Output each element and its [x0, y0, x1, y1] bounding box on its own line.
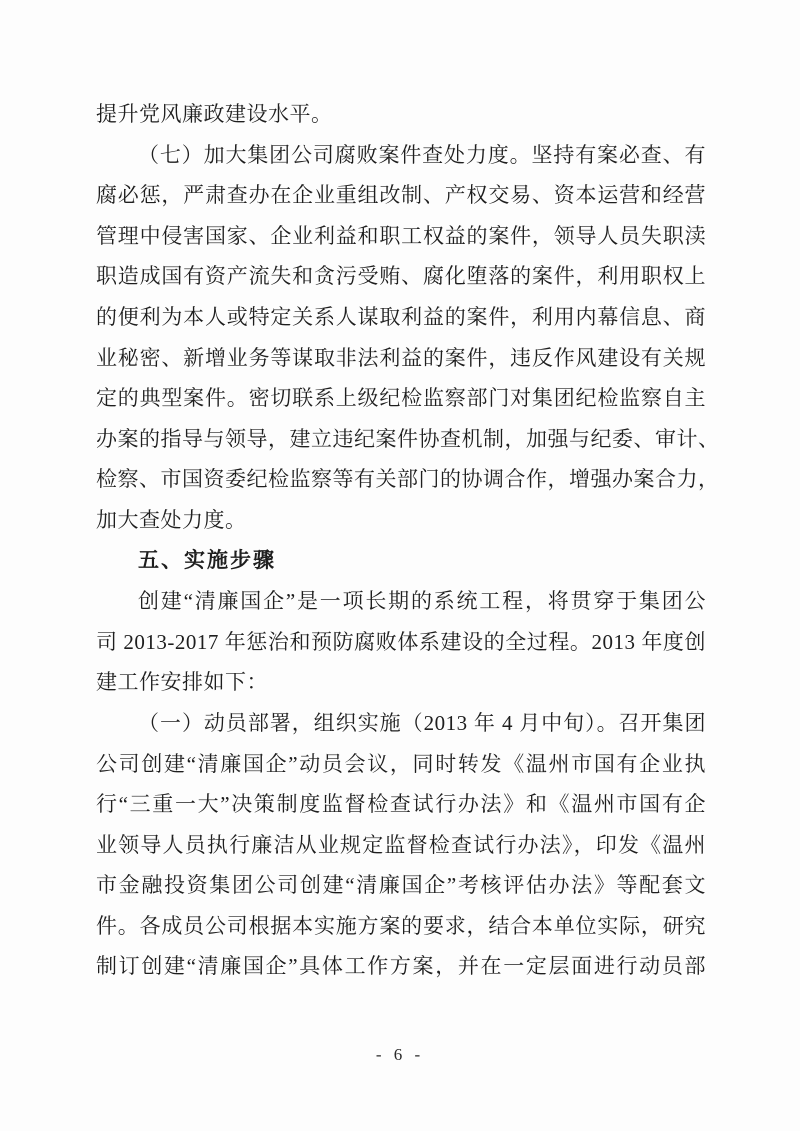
document-line: 制订创建“清廉国企”具体工作方案，并在一定层面进行动员部	[96, 946, 706, 987]
document-line: 司 2013-2017 年惩治和预防腐败体系建设的全过程。2013 年度创	[96, 622, 706, 663]
document-line: 件。各成员公司根据本实施方案的要求，结合本单位实际，研究	[96, 906, 706, 947]
document-line: 职造成国有资产流失和贪污受贿、腐化堕落的案件，利用职权上	[96, 256, 706, 297]
document-line: 行“三重一大”决策制度监督检查试行办法》和《温州市国有企	[96, 784, 706, 825]
page-number: - 6 -	[0, 1045, 800, 1065]
document-line: 腐必惩，严肃查办在企业重组改制、产权交易、资本运营和经营	[96, 175, 706, 216]
document-line: （七）加大集团公司腐败案件查处力度。坚持有案必查、有	[96, 135, 706, 176]
document-line: 办案的指导与领导，建立违纪案件协查机制，加强与纪委、审计、	[96, 419, 706, 460]
document-body: 提升党风廉政建设水平。 （七）加大集团公司腐败案件查处力度。坚持有案必查、有 腐…	[96, 94, 706, 987]
document-page: 提升党风廉政建设水平。 （七）加大集团公司腐败案件查处力度。坚持有案必查、有 腐…	[0, 0, 800, 1131]
document-line: 业秘密、新增业务等谋取非法利益的案件，违反作风建设有关规	[96, 338, 706, 379]
document-line: 市金融投资集团公司创建“清廉国企”考核评估办法》等配套文	[96, 865, 706, 906]
document-line: 定的典型案件。密切联系上级纪检监察部门对集团纪检监察自主	[96, 378, 706, 419]
section-heading: 五、实施步骤	[96, 541, 706, 582]
document-line: （一）动员部署，组织实施（2013 年 4 月中旬）。召开集团	[96, 703, 706, 744]
document-line: 检察、市国资委纪检监察等有关部门的协调合作，增强办案合力，	[96, 459, 706, 500]
document-line: 建工作安排如下：	[96, 662, 706, 703]
document-line: 创建“清廉国企”是一项长期的系统工程，将贯穿于集团公	[96, 581, 706, 622]
document-line: 公司创建“清廉国企”动员会议，同时转发《温州市国有企业执	[96, 744, 706, 785]
document-line: 管理中侵害国家、企业利益和职工权益的案件，领导人员失职渎	[96, 216, 706, 257]
document-line: 加大查处力度。	[96, 500, 706, 541]
document-line: 提升党风廉政建设水平。	[96, 94, 706, 135]
document-line: 业领导人员执行廉洁从业规定监督检查试行办法》，印发《温州	[96, 825, 706, 866]
document-line: 的便利为本人或特定关系人谋取利益的案件，利用内幕信息、商	[96, 297, 706, 338]
